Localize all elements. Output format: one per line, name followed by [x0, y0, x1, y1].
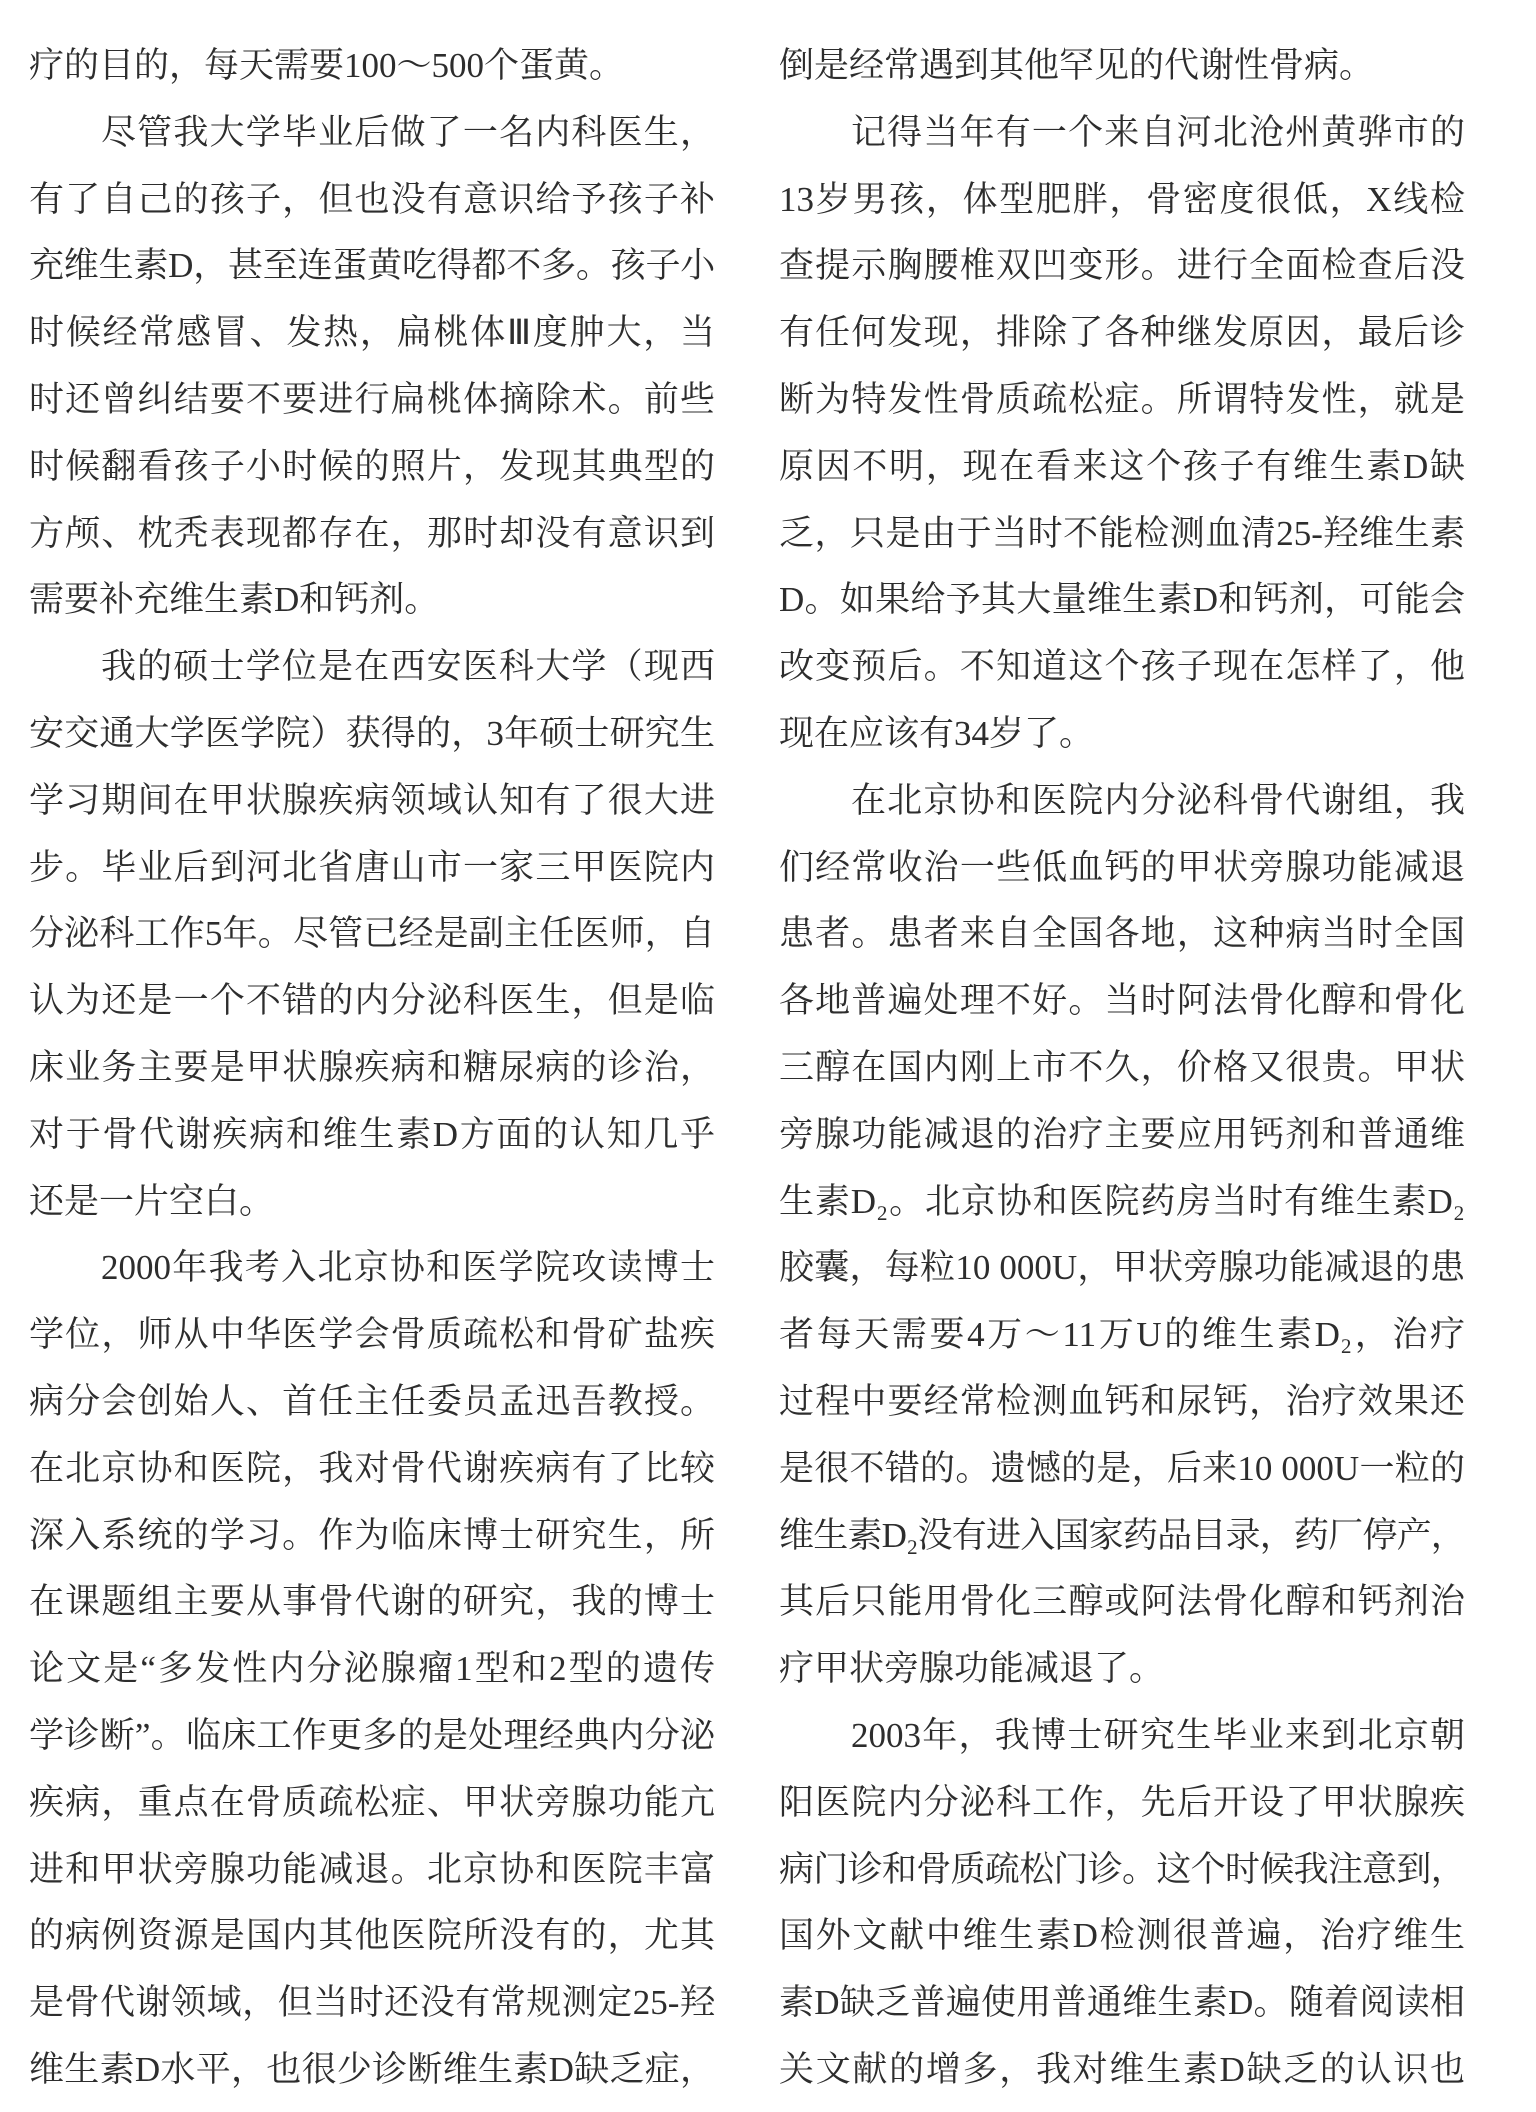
- text-line: 阳医院内分泌科工作，先后开设了甲状腺疾: [779, 1770, 1465, 1837]
- text-line: 是骨代谢领域，但当时还没有常规测定25-羟: [29, 1970, 715, 2037]
- text-line: 生素D₂。北京协和医院药房当时有维生素D₂: [779, 1169, 1465, 1236]
- text-line: 对于骨代谢疾病和维生素D方面的认知几乎: [29, 1102, 715, 1169]
- text-line: 在北京协和医院内分泌科骨代谢组，我: [779, 768, 1465, 835]
- text-line: 方颅、枕秃表现都存在，那时却没有意识到: [29, 501, 715, 568]
- text-line: 者每天需要4万～11万U的维生素D₂，治疗: [779, 1302, 1465, 1369]
- paragraph: 2003年，我博士研究生毕业来到北京朝 阳医院内分泌科工作，先后开设了甲状腺疾 …: [779, 1703, 1465, 2104]
- book-page: 疗的目的，每天需要100～500个蛋黄。 尽管我大学毕业后做了一名内科医生， 有…: [0, 0, 1536, 2112]
- text-line: 疗的目的，每天需要100～500个蛋黄。: [29, 33, 715, 100]
- text-line: 我的硕士学位是在西安医科大学（现西: [29, 634, 715, 701]
- text-line: 安交通大学医学院）获得的，3年硕士研究生: [29, 701, 715, 768]
- text-line: 疗甲状旁腺功能减退了。: [779, 1636, 1465, 1703]
- text-line: 有任何发现，排除了各种继发原因，最后诊: [779, 300, 1465, 367]
- text-line: 深入系统的学习。作为临床博士研究生，所: [29, 1503, 715, 1570]
- text-line: 学诊断”。临床工作更多的是处理经典内分泌: [29, 1703, 715, 1770]
- text-line: 学习期间在甲状腺疾病领域认知有了很大进: [29, 768, 715, 835]
- text-line: 2000年我考入北京协和医学院攻读博士: [29, 1235, 715, 1302]
- paragraph: 在北京协和医院内分泌科骨代谢组，我 们经常收治一些低血钙的甲状旁腺功能减退 患者…: [779, 768, 1465, 1703]
- text-line: 分泌科工作5年。尽管已经是副主任医师，自: [29, 901, 715, 968]
- text-line: 三醇在国内刚上市不久，价格又很贵。甲状: [779, 1035, 1465, 1102]
- text-line: 疾病，重点在骨质疏松症、甲状旁腺功能亢: [29, 1770, 715, 1837]
- text-line: 患者。患者来自全国各地，这种病当时全国: [779, 901, 1465, 968]
- paragraph: 我的硕士学位是在西安医科大学（现西 安交通大学医学院）获得的，3年硕士研究生 学…: [29, 634, 715, 1235]
- text-line: 乏，只是由于当时不能检测血清25-羟维生素: [779, 501, 1465, 568]
- text-line: 其后只能用骨化三醇或阿法骨化醇和钙剂治: [779, 1569, 1465, 1636]
- text-line: 有了自己的孩子，但也没有意识给予孩子补: [29, 167, 715, 234]
- text-line: 论文是“多发性内分泌腺瘤1型和2型的遗传: [29, 1636, 715, 1703]
- text-line: 的病例资源是国内其他医院所没有的，尤其: [29, 1903, 715, 1970]
- text-line: 2003年，我博士研究生毕业来到北京朝: [779, 1703, 1465, 1770]
- text-line: D。如果给予其大量维生素D和钙剂，可能会: [779, 567, 1465, 634]
- text-line: 在课题组主要从事骨代谢的研究，我的博士: [29, 1569, 715, 1636]
- text-line: 是很不错的。遗憾的是，后来10 000U一粒的: [779, 1436, 1465, 1503]
- paragraph: 尽管我大学毕业后做了一名内科医生， 有了自己的孩子，但也没有意识给予孩子补 充维…: [29, 100, 715, 634]
- text-line: 各地普遍处理不好。当时阿法骨化醇和骨化: [779, 968, 1465, 1035]
- right-column: 倒是经常遇到其他罕见的代谢性骨病。 记得当年有一个来自河北沧州黄骅市的 13岁男…: [779, 33, 1465, 2104]
- left-column: 疗的目的，每天需要100～500个蛋黄。 尽管我大学毕业后做了一名内科医生， 有…: [29, 33, 715, 2104]
- text-line: 进和甲状旁腺功能减退。北京协和医院丰富: [29, 1837, 715, 1904]
- paragraph: 记得当年有一个来自河北沧州黄骅市的 13岁男孩，体型肥胖，骨密度很低，X线检 查…: [779, 100, 1465, 768]
- text-line: 素D缺乏普遍使用普通维生素D。随着阅读相: [779, 1970, 1465, 2037]
- text-line: 时候翻看孩子小时候的照片，发现其典型的: [29, 434, 715, 501]
- text-line: 需要补充维生素D和钙剂。: [29, 567, 715, 634]
- text-line: 床业务主要是甲状腺疾病和糖尿病的诊治，: [29, 1035, 715, 1102]
- text-line: 13岁男孩，体型肥胖，骨密度很低，X线检: [779, 167, 1465, 234]
- text-line: 过程中要经常检测血钙和尿钙，治疗效果还: [779, 1369, 1465, 1436]
- text-line: 改变预后。不知道这个孩子现在怎样了，他: [779, 634, 1465, 701]
- paragraph: 2000年我考入北京协和医学院攻读博士 学位，师从中华医学会骨质疏松和骨矿盐疾 …: [29, 1235, 715, 2103]
- text-line: 病分会创始人、首任主任委员孟迅吾教授。: [29, 1369, 715, 1436]
- text-line: 记得当年有一个来自河北沧州黄骅市的: [779, 100, 1465, 167]
- text-line: 时候经常感冒、发热，扁桃体Ⅲ度肿大，当: [29, 300, 715, 367]
- text-line: 旁腺功能减退的治疗主要应用钙剂和普通维: [779, 1102, 1465, 1169]
- text-line: 充维生素D，甚至连蛋黄吃得都不多。孩子小: [29, 233, 715, 300]
- text-line: 尽管我大学毕业后做了一名内科医生，: [29, 100, 715, 167]
- text-line: 维生素D₂没有进入国家药品目录，药厂停产，: [779, 1503, 1465, 1570]
- text-line: 们经常收治一些低血钙的甲状旁腺功能减退: [779, 835, 1465, 902]
- text-line: 维生素D水平，也很少诊断维生素D缺乏症，: [29, 2037, 715, 2104]
- text-line: 倒是经常遇到其他罕见的代谢性骨病。: [779, 33, 1465, 100]
- text-line: 时还曾纠结要不要进行扁桃体摘除术。前些: [29, 367, 715, 434]
- text-line: 认为还是一个不错的内分泌科医生，但是临: [29, 968, 715, 1035]
- text-line: 步。毕业后到河北省唐山市一家三甲医院内: [29, 835, 715, 902]
- text-line: 国外文献中维生素D检测很普遍，治疗维生: [779, 1903, 1465, 1970]
- paragraph-continued: 疗的目的，每天需要100～500个蛋黄。: [29, 33, 715, 100]
- text-line: 原因不明，现在看来这个孩子有维生素D缺: [779, 434, 1465, 501]
- paragraph-continued: 倒是经常遇到其他罕见的代谢性骨病。: [779, 33, 1465, 100]
- text-line: 胶囊，每粒10 000U，甲状旁腺功能减退的患: [779, 1235, 1465, 1302]
- text-line: 现在应该有34岁了。: [779, 701, 1465, 768]
- text-line: 关文献的增多，我对维生素D缺乏的认识也: [779, 2037, 1465, 2104]
- text-line: 学位，师从中华医学会骨质疏松和骨矿盐疾: [29, 1302, 715, 1369]
- text-line: 还是一片空白。: [29, 1169, 715, 1236]
- text-line: 断为特发性骨质疏松症。所谓特发性，就是: [779, 367, 1465, 434]
- text-line: 病门诊和骨质疏松门诊。这个时候我注意到，: [779, 1837, 1465, 1904]
- text-line: 在北京协和医院，我对骨代谢疾病有了比较: [29, 1436, 715, 1503]
- text-line: 查提示胸腰椎双凹变形。进行全面检查后没: [779, 233, 1465, 300]
